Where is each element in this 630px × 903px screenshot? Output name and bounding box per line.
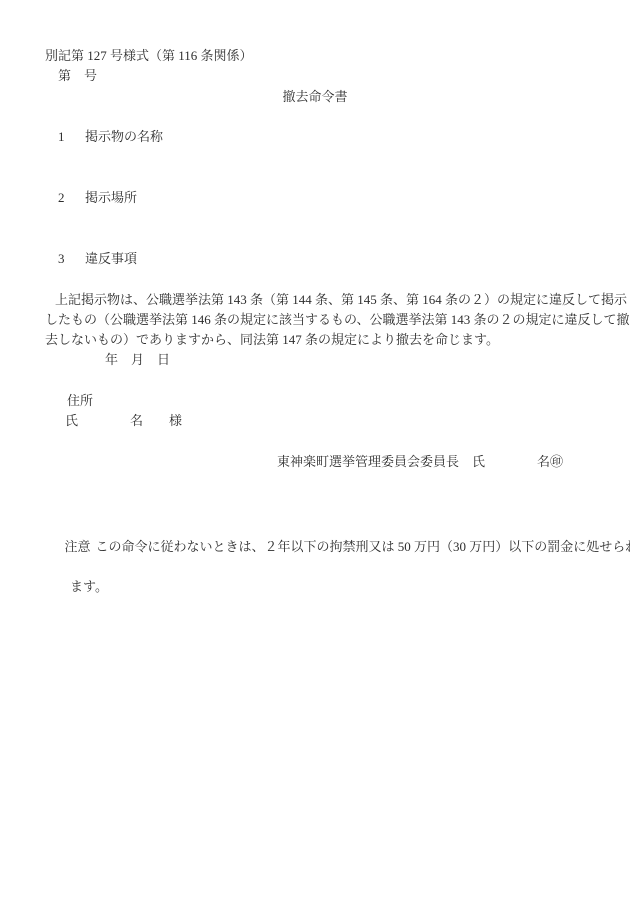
list-item-number: 1 [58,127,85,147]
body-paragraph: 上記掲示物は、公職選挙法第 143 条（第 144 条、第 145 条、第 16… [45,290,585,351]
list-item-1: 1掲示物の名称 [45,107,585,168]
date-line: 年 月 日 [45,350,585,370]
document-number: 第 号 [45,66,585,86]
issuer-line: 東神楽町選挙管理委員会委員長 氏 名㊞ [45,432,585,493]
issuer-title-text: 東神楽町選挙管理委員会委員長 氏 名 [277,454,550,469]
addressee-address-label: 住所 [45,391,585,411]
list-item-3: 3違反事項 [45,229,585,290]
list-item-label: 掲示場所 [85,190,137,205]
body-line: 上記掲示物は、公職選挙法第 143 条（第 144 条、第 145 条、第 16… [45,290,585,310]
addressee-name-line: 氏 名 様 [45,411,585,431]
notice-continuation: ます。 [45,577,585,597]
body-line: 去しないもの）でありますから、同法第 147 条の規定により撤去を命じます。 [45,330,585,350]
notice-label: 注意 [65,539,91,554]
seal-mark: ㊞ [550,454,563,469]
list-item-label: 掲示物の名称 [85,129,163,144]
document-page: 別記第 127 号様式（第 116 条関係） 第 号 撤去命令書 1掲示物の名称… [0,0,630,903]
blank-line [45,371,585,391]
form-reference: 別記第 127 号様式（第 116 条関係） [45,46,585,66]
notice-line: 注意この命令に従わないときは、２年以下の拘禁刑又は 50 万円（30 万円）以下… [45,517,585,578]
document-title: 撤去命令書 [45,87,585,107]
list-item-2: 2掲示場所 [45,168,585,229]
list-item-number: 3 [58,249,85,269]
body-line: したもの（公職選挙法第 146 条の規定に該当するもの、公職選挙法第 143 条… [45,310,585,330]
list-item-number: 2 [58,188,85,208]
notice-text: この命令に従わないときは、２年以下の拘禁刑又は 50 万円（30 万円）以下の罰… [96,539,630,554]
list-item-label: 違反事項 [85,251,137,266]
notice-block: 注意この命令に従わないときは、２年以下の拘禁刑又は 50 万円（30 万円）以下… [45,517,585,598]
